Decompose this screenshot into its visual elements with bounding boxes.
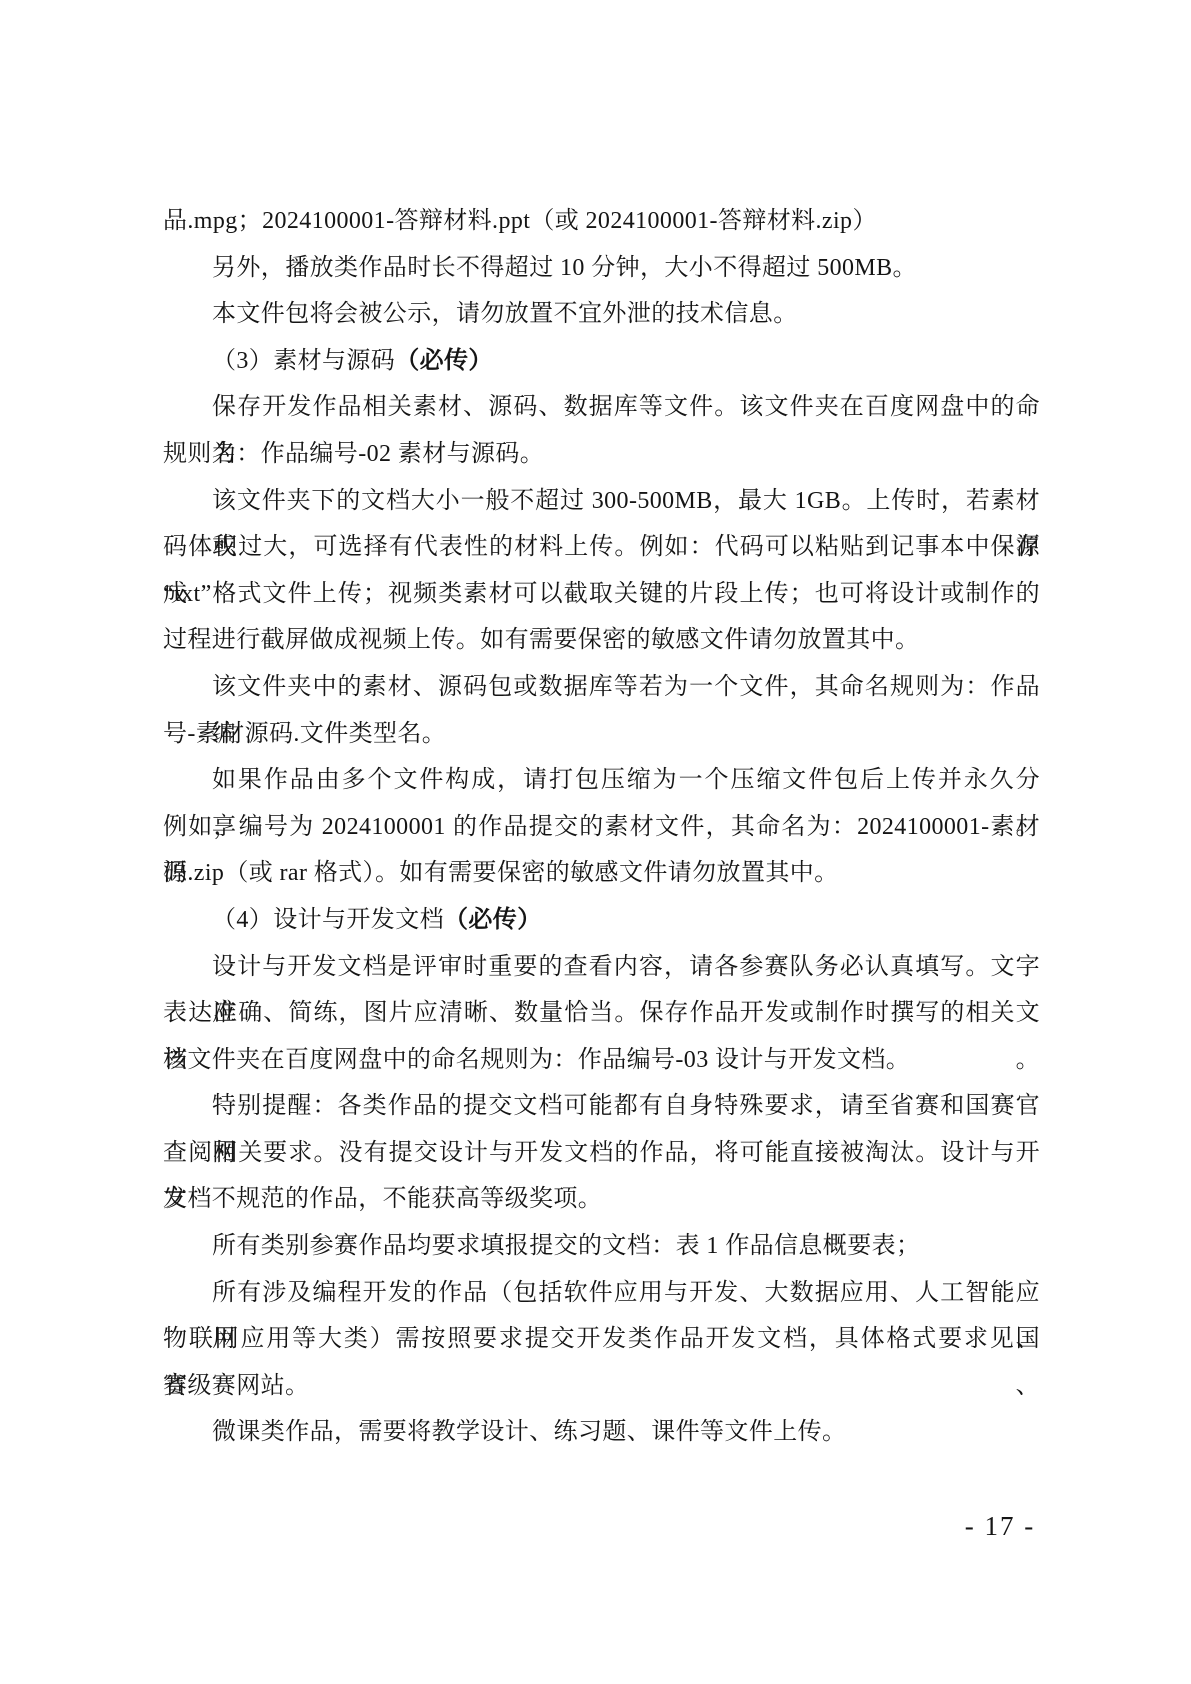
text-line: 本文件包将会被公示，请勿放置不宜外泄的技术信息。	[163, 291, 1040, 338]
line-text: 码.zip（或 rar 格式）。如有需要保密的敏感文件请勿放置其中。	[163, 860, 839, 886]
line-text: 所有类别参赛作品均要求填报提交的文档：表 1 作品信息概要表；	[212, 1233, 920, 1259]
text-line: 号-素材源码.文件类型名。	[163, 711, 1040, 758]
line-text: “txt”格式文件上传；视频类素材可以截取关键的片段上传；也可将设计或制作的	[163, 581, 1040, 607]
text-line: 过程进行截屏做成视频上传。如有需要保密的敏感文件请勿放置其中。	[163, 617, 1040, 664]
text-line: 保存开发作品相关素材、源码、数据库等文件。该文件夹在百度网盘中的命名	[163, 384, 1040, 431]
line-text: 省级赛网站。	[163, 1373, 309, 1399]
text-line: 所有类别参赛作品均要求填报提交的文档：表 1 作品信息概要表；	[163, 1223, 1040, 1270]
line-bold-text: （必传）	[395, 348, 493, 374]
line-text: 文档不规范的作品，不能获高等级奖项。	[163, 1186, 602, 1212]
text-line: 微课类作品，需要将教学设计、练习题、课件等文件上传。	[163, 1409, 1040, 1456]
line-text: 号-素材源码.文件类型名。	[163, 721, 446, 747]
line-text: 本文件包将会被公示，请勿放置不宜外泄的技术信息。	[212, 301, 798, 327]
text-line: （4）设计与开发文档（必传）	[163, 897, 1040, 944]
text-line: 码体积过大，可选择有代表性的材料上传。例如：代码可以粘贴到记事本中保存成	[163, 524, 1040, 571]
text-line: 设计与开发文档是评审时重要的查看内容，请各参赛队务必认真填写。文字应	[163, 944, 1040, 991]
line-text: 该文件夹在百度网盘中的命名规则为：作品编号-03 设计与开发文档。	[163, 1047, 910, 1073]
line-text: （3）素材与源码	[212, 348, 395, 374]
text-line: 品.mpg；2024100001-答辩材料.ppt（或 2024100001-答…	[163, 198, 1040, 245]
text-line: 特别提醒：各类作品的提交文档可能都有自身特殊要求，请至省赛和国赛官网	[163, 1083, 1040, 1130]
line-text: 微课类作品，需要将教学设计、练习题、课件等文件上传。	[212, 1419, 846, 1445]
text-line: 另外，播放类作品时长不得超过 10 分钟，大小不得超过 500MB。	[163, 245, 1040, 292]
document-page: 品.mpg；2024100001-答辩材料.ppt（或 2024100001-答…	[0, 0, 1191, 1684]
text-line: 该文件夹中的素材、源码包或数据库等若为一个文件，其命名规则为：作品编	[163, 664, 1040, 711]
text-line: 文档不规范的作品，不能获高等级奖项。	[163, 1176, 1040, 1223]
line-text: （4）设计与开发文档	[212, 907, 444, 933]
text-line: 码.zip（或 rar 格式）。如有需要保密的敏感文件请勿放置其中。	[163, 850, 1040, 897]
line-text: 过程进行截屏做成视频上传。如有需要保密的敏感文件请勿放置其中。	[163, 627, 919, 653]
text-line: 例如，编号为 2024100001 的作品提交的素材文件，其命名为：202410…	[163, 804, 1040, 851]
text-line: “txt”格式文件上传；视频类素材可以截取关键的片段上传；也可将设计或制作的	[163, 571, 1040, 618]
line-bold-text: （必传）	[444, 907, 542, 933]
text-line: 所有涉及编程开发的作品（包括软件应用与开发、大数据应用、人工智能应用、	[163, 1270, 1040, 1317]
text-line: 查阅相关要求。没有提交设计与开发文档的作品，将可能直接被淘汰。设计与开发	[163, 1130, 1040, 1177]
text-line: 如果作品由多个文件构成，请打包压缩为一个压缩文件包后上传并永久分享。	[163, 757, 1040, 804]
text-line: 表达准确、简练，图片应清晰、数量恰当。保存作品开发或制作时撰写的相关文档。	[163, 990, 1040, 1037]
line-text: 另外，播放类作品时长不得超过 10 分钟，大小不得超过 500MB。	[212, 255, 917, 281]
text-line: 物联网应用等大类）需按照要求提交开发类作品开发文档，具体格式要求见国赛、	[163, 1316, 1040, 1363]
line-text: 规则为：作品编号-02 素材与源码。	[163, 441, 544, 467]
text-line: （3）素材与源码（必传）	[163, 338, 1040, 385]
text-line: 该文件夹在百度网盘中的命名规则为：作品编号-03 设计与开发文档。	[163, 1037, 1040, 1084]
line-text: 品.mpg；2024100001-答辩材料.ppt（或 2024100001-答…	[163, 208, 877, 234]
document-body: 品.mpg；2024100001-答辩材料.ppt（或 2024100001-答…	[163, 198, 1040, 1456]
text-line: 该文件夹下的文档大小一般不超过 300-500MB，最大 1GB。上传时，若素材…	[163, 478, 1040, 525]
text-line: 规则为：作品编号-02 素材与源码。	[163, 431, 1040, 478]
page-number: - 17 -	[930, 1508, 1070, 1544]
